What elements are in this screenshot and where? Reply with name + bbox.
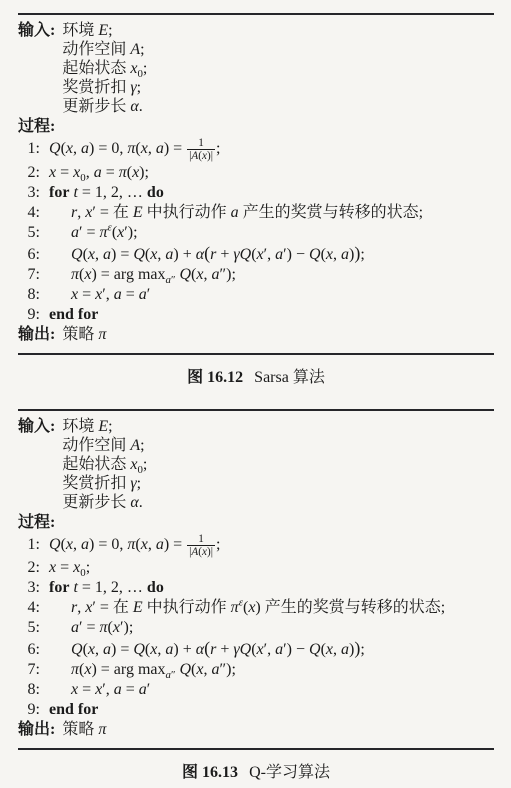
step-number: 2: bbox=[18, 163, 40, 183]
step-content: x = x0, a = π(x); bbox=[49, 163, 149, 183]
input-line: 更新步长 α. bbox=[62, 493, 494, 512]
step-number: 7: bbox=[18, 265, 40, 285]
step-number: 9: bbox=[18, 700, 40, 720]
input-line: 环境 E; bbox=[62, 21, 494, 40]
process-label: 过程: bbox=[18, 512, 494, 533]
output-value: 策略 π bbox=[62, 325, 494, 344]
algorithm-step: 3:for t = 1, 2, … do bbox=[18, 578, 494, 598]
input-section: 输入: 环境 E; 动作空间 A; 起始状态 x0; 奖赏折扣 γ; 更新步长 … bbox=[18, 21, 494, 116]
process-label: 过程: bbox=[18, 116, 494, 137]
output-label: 输出: bbox=[18, 720, 55, 739]
step-content: π(x) = arg maxa″ Q(x, a″); bbox=[71, 660, 236, 680]
step-content: r, x′ = 在 E 中执行动作 a 产生的奖赏与转移的状态; bbox=[71, 203, 423, 223]
step-content: for t = 1, 2, … do bbox=[49, 578, 164, 598]
step-number: 9: bbox=[18, 305, 40, 325]
step-content: x = x0; bbox=[49, 558, 90, 578]
input-lines: 环境 E; 动作空间 A; 起始状态 x0; 奖赏折扣 γ; 更新步长 α. bbox=[62, 417, 494, 512]
step-number: 8: bbox=[18, 680, 40, 700]
step-content: x = x′, a = a′ bbox=[71, 285, 150, 305]
step-number: 6: bbox=[18, 245, 40, 265]
input-line: 奖赏折扣 γ; bbox=[62, 474, 494, 493]
algorithm-step: 4:r, x′ = 在 E 中执行动作 πε(x) 产生的奖赏与转移的状态; bbox=[18, 598, 494, 618]
step-number: 3: bbox=[18, 183, 40, 203]
algorithm-step: 8:x = x′, a = a′ bbox=[18, 680, 494, 700]
input-line: 奖赏折扣 γ; bbox=[62, 78, 494, 97]
input-section: 输入: 环境 E; 动作空间 A; 起始状态 x0; 奖赏折扣 γ; 更新步长 … bbox=[18, 417, 494, 512]
step-number: 4: bbox=[18, 203, 40, 223]
step-content: for t = 1, 2, … do bbox=[49, 183, 164, 203]
step-number: 3: bbox=[18, 578, 40, 598]
step-number: 7: bbox=[18, 660, 40, 680]
step-number: 5: bbox=[18, 223, 40, 243]
algorithm-step: 1:Q(x, a) = 0, π(x, a) = 1|A(x)|; bbox=[18, 137, 494, 163]
algorithm-step: 9:end for bbox=[18, 700, 494, 720]
step-content: Q(x, a) = 0, π(x, a) = 1|A(x)|; bbox=[49, 533, 220, 559]
output-value: 策略 π bbox=[62, 720, 494, 739]
step-content: x = x′, a = a′ bbox=[71, 680, 150, 700]
figure-caption-16-13: 图 16.13Q-学习算法 bbox=[18, 763, 494, 782]
input-label: 输入: bbox=[18, 21, 55, 40]
figure-number: 图 16.12 bbox=[187, 369, 243, 386]
input-line: 起始状态 x0; bbox=[62, 455, 494, 474]
algorithm-box-sarsa: 输入: 环境 E; 动作空间 A; 起始状态 x0; 奖赏折扣 γ; 更新步长 … bbox=[18, 13, 494, 355]
input-line: 动作空间 A; bbox=[62, 40, 494, 59]
step-number: 8: bbox=[18, 285, 40, 305]
algorithm-step: 6:Q(x, a) = Q(x, a) + α(r + γQ(x′, a′) −… bbox=[18, 243, 494, 265]
algorithm-step: 2:x = x0, a = π(x); bbox=[18, 163, 494, 183]
step-content: Q(x, a) = 0, π(x, a) = 1|A(x)|; bbox=[49, 137, 220, 163]
input-label: 输入: bbox=[18, 417, 55, 436]
algorithm-step: 7:π(x) = arg maxa″ Q(x, a″); bbox=[18, 265, 494, 285]
algorithm-step: 1:Q(x, a) = 0, π(x, a) = 1|A(x)|; bbox=[18, 533, 494, 559]
algorithm-step: 4:r, x′ = 在 E 中执行动作 a 产生的奖赏与转移的状态; bbox=[18, 203, 494, 223]
input-line: 环境 E; bbox=[62, 417, 494, 436]
input-line: 更新步长 α. bbox=[62, 97, 494, 116]
step-content: π(x) = arg maxa″ Q(x, a″); bbox=[71, 265, 236, 285]
step-content: end for bbox=[49, 700, 98, 720]
step-content: Q(x, a) = Q(x, a) + α(r + γQ(x′, a′) − Q… bbox=[71, 638, 365, 660]
figure-title: Sarsa 算法 bbox=[254, 369, 325, 386]
step-content: a′ = π(x′); bbox=[71, 618, 133, 638]
output-label: 输出: bbox=[18, 325, 55, 344]
input-lines: 环境 E; 动作空间 A; 起始状态 x0; 奖赏折扣 γ; 更新步长 α. bbox=[62, 21, 494, 116]
figure-number: 图 16.13 bbox=[182, 764, 238, 781]
input-line: 起始状态 x0; bbox=[62, 59, 494, 78]
step-number: 5: bbox=[18, 618, 40, 638]
step-content: r, x′ = 在 E 中执行动作 πε(x) 产生的奖赏与转移的状态; bbox=[71, 598, 445, 618]
algorithm-step: 8:x = x′, a = a′ bbox=[18, 285, 494, 305]
step-number: 4: bbox=[18, 598, 40, 618]
step-content: a′ = πε(x′); bbox=[71, 223, 138, 243]
algorithm-box-q-learning: 输入: 环境 E; 动作空间 A; 起始状态 x0; 奖赏折扣 γ; 更新步长 … bbox=[18, 409, 494, 751]
algorithm-steps: 1:Q(x, a) = 0, π(x, a) = 1|A(x)|; 2:x = … bbox=[18, 137, 494, 325]
step-number: 6: bbox=[18, 640, 40, 660]
step-number: 2: bbox=[18, 558, 40, 578]
step-number: 1: bbox=[18, 139, 40, 159]
algorithm-step: 7:π(x) = arg maxa″ Q(x, a″); bbox=[18, 660, 494, 680]
figure-title: Q-学习算法 bbox=[249, 764, 330, 781]
input-line: 动作空间 A; bbox=[62, 436, 494, 455]
algorithm-step: 2:x = x0; bbox=[18, 558, 494, 578]
step-content: Q(x, a) = Q(x, a) + α(r + γQ(x′, a′) − Q… bbox=[71, 243, 365, 265]
step-content: end for bbox=[49, 305, 98, 325]
step-number: 1: bbox=[18, 535, 40, 555]
output-section: 输出: 策略 π bbox=[18, 325, 494, 344]
algorithm-step: 3:for t = 1, 2, … do bbox=[18, 183, 494, 203]
algorithm-step: 9:end for bbox=[18, 305, 494, 325]
textbook-page: 输入: 环境 E; 动作空间 A; 起始状态 x0; 奖赏折扣 γ; 更新步长 … bbox=[0, 0, 511, 782]
output-section: 输出: 策略 π bbox=[18, 720, 494, 739]
algorithm-step: 5:a′ = π(x′); bbox=[18, 618, 494, 638]
algorithm-steps: 1:Q(x, a) = 0, π(x, a) = 1|A(x)|; 2:x = … bbox=[18, 533, 494, 721]
algorithm-step: 6:Q(x, a) = Q(x, a) + α(r + γQ(x′, a′) −… bbox=[18, 638, 494, 660]
figure-caption-16-12: 图 16.12Sarsa 算法 bbox=[18, 368, 494, 387]
algorithm-step: 5:a′ = πε(x′); bbox=[18, 223, 494, 243]
